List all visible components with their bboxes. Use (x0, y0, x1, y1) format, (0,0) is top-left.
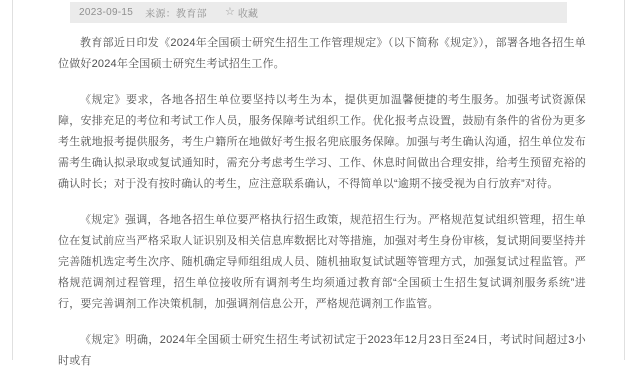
article-paragraph: 《规定》要求，各地各招生单位要坚持以考生为本，提供更加温馨便捷的考生服务。加强考… (58, 90, 586, 195)
article-paragraph: 《规定》明确，2024年全国硕士研究生招生考试初试定于2023年12月23日至2… (58, 330, 586, 360)
article-page: 2023-09-15 来源：教育部 ☆ 收藏 教育部近日印发《2024年全国硕士… (12, 0, 625, 360)
favorite-button[interactable]: ☆ 收藏 (225, 5, 258, 20)
star-icon: ☆ (225, 7, 235, 18)
publish-date: 2023-09-15 (79, 7, 133, 18)
article-paragraph: 教育部近日印发《2024年全国硕士研究生招生工作管理规定》（以下简称《规定》），… (58, 33, 586, 75)
article-meta-bar: 2023-09-15 来源：教育部 ☆ 收藏 (70, 2, 567, 23)
source-label: 来源：教育部 (145, 5, 207, 20)
article-paragraph: 《规定》强调，各地各招生单位要严格执行招生政策，规范招生行为。严格规范复试组织管… (58, 210, 586, 315)
article-body: 教育部近日印发《2024年全国硕士研究生招生工作管理规定》（以下简称《规定》），… (58, 33, 586, 360)
favorite-label: 收藏 (238, 5, 258, 20)
